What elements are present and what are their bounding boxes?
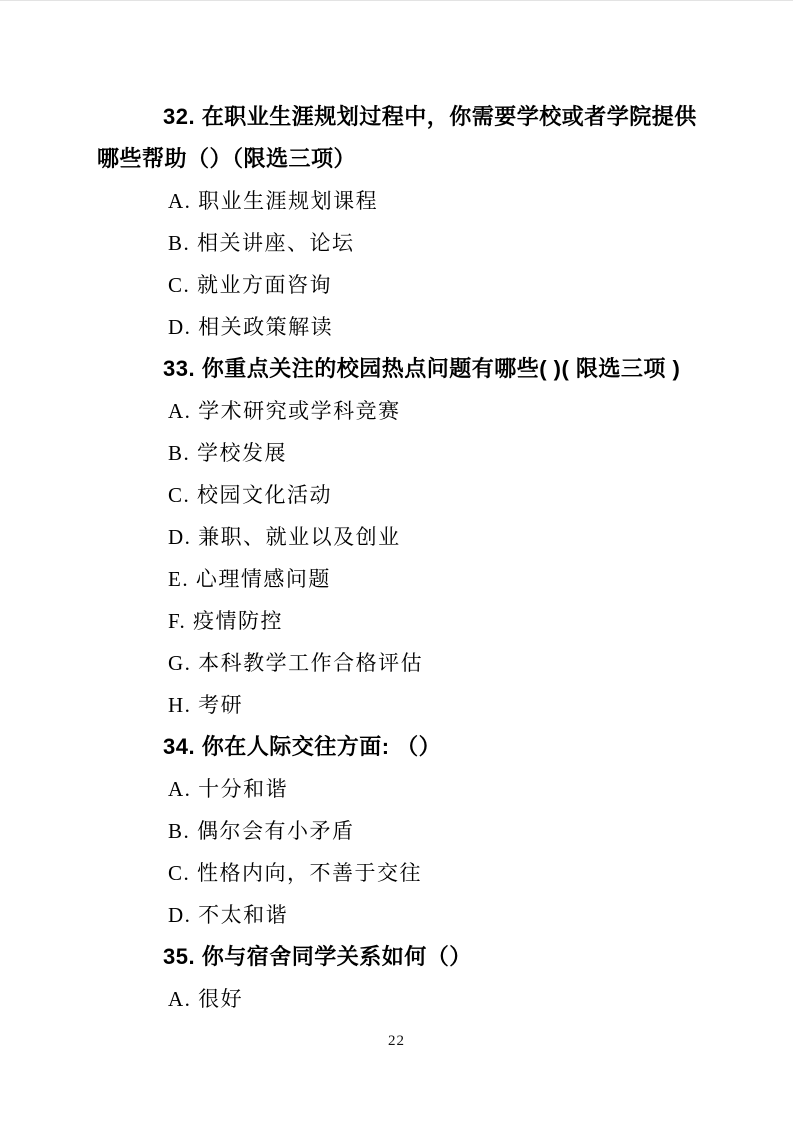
- question-35-title: 35. 你与宿舍同学关系如何（）: [97, 936, 709, 978]
- question-33-option-c: C. 校园文化活动: [97, 474, 709, 516]
- question-35-option-a: A. 很好: [97, 978, 709, 1020]
- question-33-option-a: A. 学术研究或学科竞赛: [97, 390, 709, 432]
- question-32-title: 32. 在职业生涯规划过程中，你需要学校或者学院提供哪些帮助（）（限选三项）: [97, 96, 709, 180]
- question-33-option-h: H. 考研: [97, 684, 709, 726]
- question-33-option-b: B. 学校发展: [97, 432, 709, 474]
- question-33-option-d: D. 兼职、就业以及创业: [97, 516, 709, 558]
- question-34-option-b: B. 偶尔会有小矛盾: [97, 810, 709, 852]
- question-32-option-d: D. 相关政策解读: [97, 306, 709, 348]
- question-33-option-e: E. 心理情感问题: [97, 558, 709, 600]
- question-33-option-g: G. 本科教学工作合格评估: [97, 642, 709, 684]
- question-32-option-c: C. 就业方面咨询: [97, 264, 709, 306]
- question-34-option-d: D. 不太和谐: [97, 894, 709, 936]
- question-32-option-a: A. 职业生涯规划课程: [97, 180, 709, 222]
- question-32-option-b: B. 相关讲座、论坛: [97, 222, 709, 264]
- question-33-option-f: F. 疫情防控: [97, 600, 709, 642]
- page-number: 22: [0, 1033, 793, 1050]
- question-33-title: 33. 你重点关注的校园热点问题有哪些( )( 限选三项 ): [97, 348, 709, 390]
- document-page: { "page": { "number": "22" }, "questions…: [0, 0, 793, 1122]
- question-34-option-a: A. 十分和谐: [97, 768, 709, 810]
- question-34-option-c: C. 性格内向，不善于交往: [97, 852, 709, 894]
- question-34-title: 34. 你在人际交往方面: （）: [97, 726, 709, 768]
- survey-content: 32. 在职业生涯规划过程中，你需要学校或者学院提供哪些帮助（）（限选三项） A…: [97, 96, 709, 1020]
